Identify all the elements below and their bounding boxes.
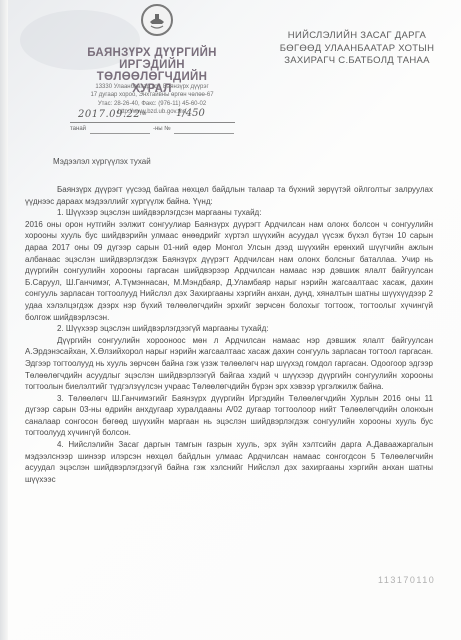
document-number: 1/450 bbox=[176, 108, 205, 119]
state-emblem-icon bbox=[141, 4, 173, 36]
org-line: БАЯНЗҮРХ ДҮҮРГИЙН bbox=[72, 47, 232, 59]
document-page: БАЯНЗҮРХ ДҮҮРГИЙН ИРГЭДИЙН ТӨЛӨӨЛӨГЧДИЙН… bbox=[0, 0, 461, 640]
recipient-line: НИЙСЛЭЛИЙН ЗАСАГ ДАРГА bbox=[262, 30, 452, 43]
barcode-number: 113170110 bbox=[378, 575, 435, 585]
address-line: Утас: 28-26-40, Факс: (976-11) 45-60-02 bbox=[72, 100, 232, 108]
section-3: 3. Төлөөлөгч Ш.Ганчимэгийг Баянзүрх дүүр… bbox=[25, 393, 433, 439]
reply-label: танай bbox=[70, 126, 86, 132]
address-line: 17 дугаар хороо, Энхтайвны өргөн чөлөө-6… bbox=[72, 91, 232, 99]
paragraph-intro: Баянзүрх дүүрэгт үүсээд байгаа нөхцөл ба… bbox=[25, 184, 433, 207]
reply-reference: танай -ны № bbox=[70, 126, 235, 136]
org-line: ИРГЭДИЙН ТӨЛӨӨЛӨГЧДИЙН bbox=[72, 59, 232, 83]
paragraph-1: 2016 оны орон нутгийн ээлжит сонгуулиар … bbox=[25, 219, 433, 323]
subject-line: Мэдээлэл хүргүүлэх тухай bbox=[53, 157, 151, 166]
scan-edge bbox=[0, 0, 8, 640]
document-date: 2017.09.22 bbox=[78, 109, 140, 120]
reply-blank bbox=[90, 133, 150, 134]
section-heading-1: 1. Шүүхээр эцэслэн шийдвэрлэгдсэн маргаа… bbox=[25, 207, 433, 219]
reply-number-label: -ны № bbox=[153, 126, 171, 132]
number-label: № bbox=[140, 111, 146, 117]
reply-number-blank bbox=[174, 133, 234, 134]
section-4: 4. Нийслэлийн Засаг даргын тамгын газрын… bbox=[25, 439, 433, 485]
recipient-line: ЗАХИРАГЧ С.БАТБОЛД ТАНАА bbox=[262, 55, 452, 68]
letter-body: Баянзүрх дүүрэгт үүсээд байгаа нөхцөл ба… bbox=[25, 184, 433, 485]
section-heading-2: 2. Шүүхээр эцэслэн шийдвэрлэгдээгүй марг… bbox=[25, 323, 433, 335]
paragraph-2: Дүүргийн сонгуулийн хорооноос мөн л Ардч… bbox=[25, 335, 433, 393]
address-line: 13330 Улаанбаатар хот, Баянзүрх дүүрэг bbox=[72, 83, 232, 91]
recipient-line: БӨГӨӨД УЛААНБААТАР ХОТЫН bbox=[262, 43, 452, 56]
recipient-block: НИЙСЛЭЛИЙН ЗАСАГ ДАРГА БӨГӨӨД УЛААНБААТА… bbox=[262, 30, 452, 68]
